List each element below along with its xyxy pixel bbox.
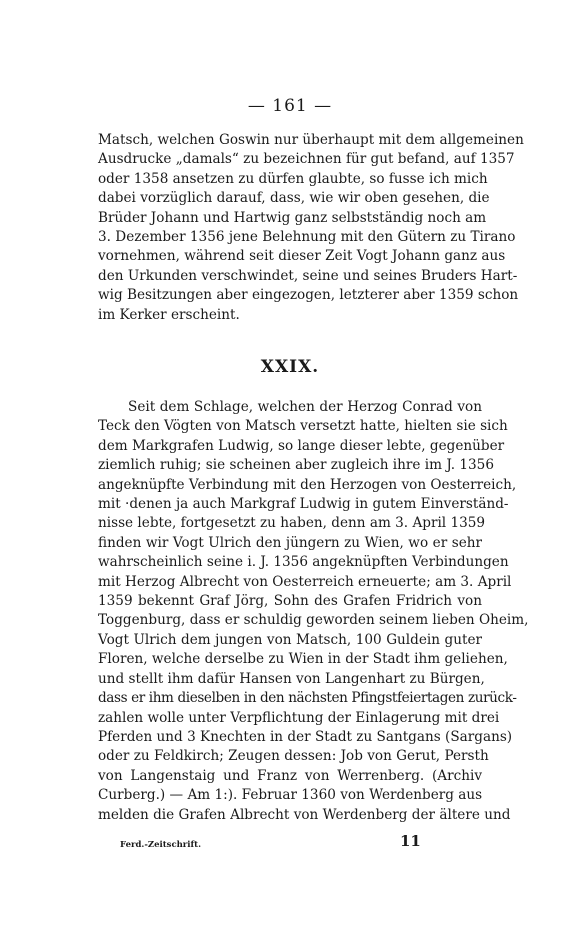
text-line: wahrscheinlich seine i. J. 1356 angeknüp… — [98, 553, 482, 572]
text-line: Floren, welche derselbe zu Wien in der S… — [98, 650, 482, 669]
text-line: im Kerker erscheint. — [98, 306, 482, 325]
text-line: mit Herzog Albrecht von Oesterreich erne… — [98, 573, 482, 592]
text-line: dass er ihm dieselben in den nächsten Pf… — [98, 689, 482, 708]
text-line: oder zu Feldkirch; Zeugen dessen: Job vo… — [98, 747, 482, 766]
text-line: Ausdrucke „damals“ zu bezeichnen für gut… — [98, 150, 482, 169]
text-line: Vogt Ulrich dem jungen von Matsch, 100 G… — [98, 631, 482, 650]
text-line: angeknüpfte Verbindung mit den Herzogen … — [98, 476, 482, 495]
text-line: und stellt ihm dafür Hansen von Langenha… — [98, 670, 482, 689]
text-line: 1359 bekennt Graf Jörg, Sohn des Grafen … — [98, 592, 482, 611]
text-line: 3. Dezember 1356 jene Belehnung mit den … — [98, 228, 482, 247]
text-line: oder 1358 ansetzen zu dürfen glaubte, so… — [98, 170, 482, 189]
text-line: Matsch, welchen Goswin nur überhaupt mit… — [98, 131, 482, 150]
text-line: vornehmen, während seit dieser Zeit Vogt… — [98, 247, 482, 266]
text-line: nisse lebte, fortgesetzt zu haben, denn … — [98, 514, 482, 533]
text-line: melden die Grafen Albrecht von Werdenber… — [98, 806, 482, 825]
text-line: den Urkunden verschwindet, seine und sei… — [98, 267, 482, 286]
text-line: zahlen wolle unter Verpflichtung der Ein… — [98, 709, 482, 728]
section-heading: XXIX. — [0, 357, 580, 377]
paragraph-1: Matsch, welchen Goswin nur überhaupt mit… — [98, 131, 482, 325]
signature-label: Ferd.-Zeitschrift. — [120, 840, 201, 850]
text-line: wig Besitzungen aber eingezogen, letzter… — [98, 286, 482, 305]
text-line: Brüder Johann und Hartwig ganz selbststä… — [98, 209, 482, 228]
signature-number: 11 — [400, 832, 421, 850]
text-line: Teck den Vögten von Matsch versetzt hatt… — [98, 417, 482, 436]
text-line: ziemlich ruhig; sie scheinen aber zuglei… — [98, 456, 482, 475]
text-line: Toggenburg, dass er schuldig geworden se… — [98, 611, 482, 630]
text-line: dem Markgrafen Ludwig, so lange dieser l… — [98, 437, 482, 456]
text-line: von Langenstaig und Franz von Werrenberg… — [98, 767, 482, 786]
paragraph-2: Seit dem Schlage, welchen der Herzog Con… — [98, 398, 482, 825]
text-line: finden wir Vogt Ulrich den jüngern zu Wi… — [98, 534, 482, 553]
text-line: Pferden und 3 Knechten in der Stadt zu S… — [98, 728, 482, 747]
text-line: Seit dem Schlage, welchen der Herzog Con… — [98, 398, 482, 417]
page-number: — 161 — — [0, 96, 580, 116]
text-line: mit ·denen ja auch Markgraf Ludwig in gu… — [98, 495, 482, 514]
text-line: Curberg.) — Am 1:). Februar 1360 von Wer… — [98, 786, 482, 805]
text-line: dabei vorzüglich darauf, dass, wie wir o… — [98, 189, 482, 208]
